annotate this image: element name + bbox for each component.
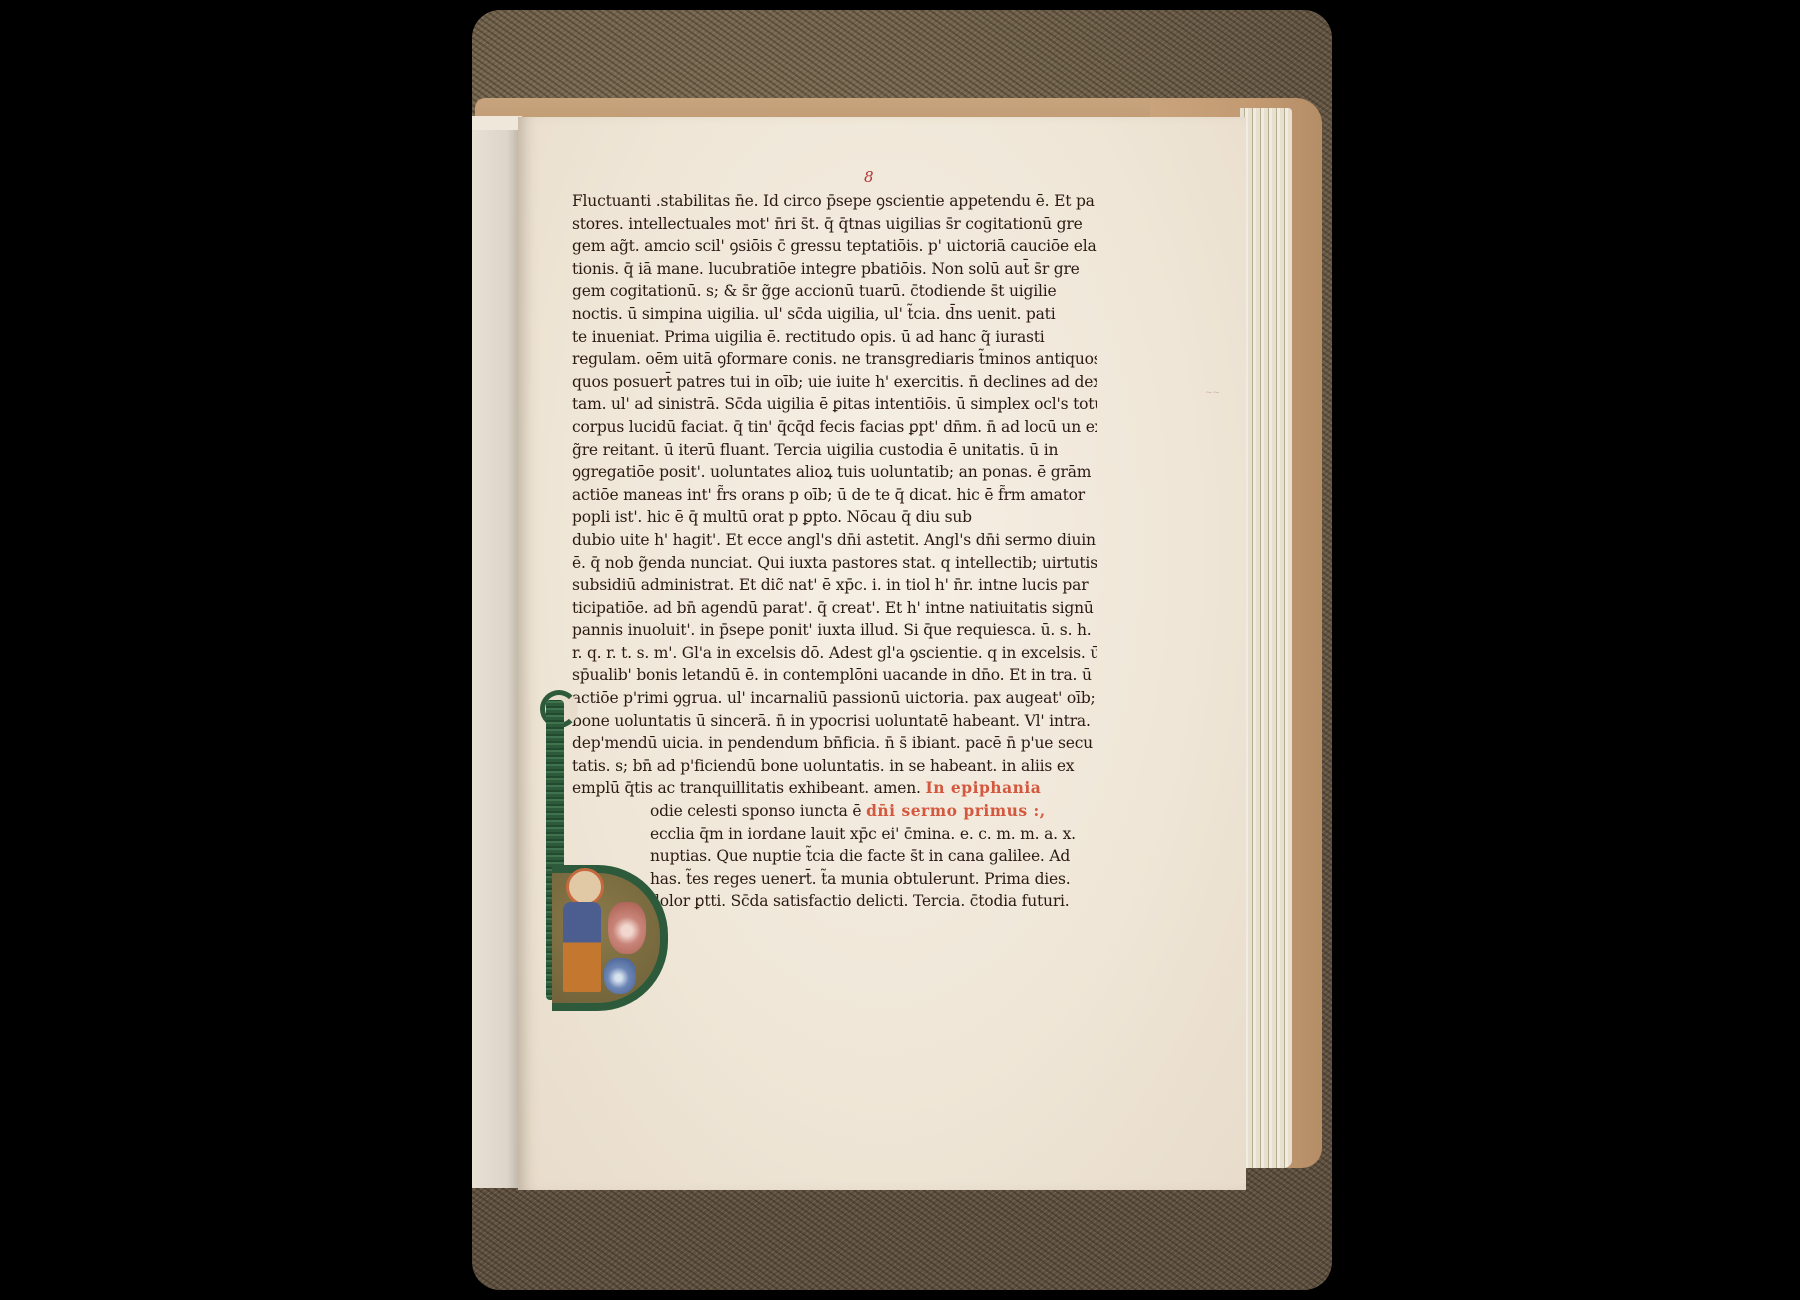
text-line: noctis. ū simpina uigilia. ul' sc̄da uig… — [572, 303, 1097, 326]
haloed-figure-body — [563, 902, 601, 992]
left-leaf — [472, 130, 522, 1188]
rubric-heading-line1: In epiphania — [925, 778, 1041, 797]
text-line: g̃re reitant. ū iterū fluant. Tercia uig… — [572, 439, 1097, 462]
folio-number: 8 — [864, 168, 874, 186]
text-line: emplū q̄tis ac tranquillitatis exhibeant… — [572, 779, 921, 797]
text-line: dubio uite h' hagit'. Et ecce angl's dn̄… — [572, 529, 1097, 552]
rubric-heading-line2: dn̄i sermo primus :, — [866, 801, 1046, 820]
text-line: nuptias. Que nuptie t̃cia die facte s̄t … — [572, 845, 1097, 868]
text-line: tatis. s; bn̄ ad p'ficiendū bone uolunta… — [572, 755, 1097, 778]
text-line: actiōe p'rimi ꝯgrua. ul' incarnaliū pass… — [572, 687, 1097, 710]
text-line: gem ag̃t. amcio scil' ꝯsiōis c̄ gressu t… — [572, 235, 1097, 258]
text-line: tionis. q̄ iā mane. lucubratiōe integre … — [572, 258, 1097, 281]
text-line: has. t̃es reges uenert̄. t̃a munia obtul… — [572, 868, 1097, 891]
text-line: bone uoluntatis ū sincerā. n̄ in ypocris… — [572, 710, 1097, 733]
text-block: Fluctuanti .stabilitas n̄e. Id circo p̄s… — [572, 190, 1097, 913]
text-line: Fluctuanti .stabilitas n̄e. Id circo p̄s… — [572, 190, 1097, 213]
margin-note: ~~ — [1205, 388, 1220, 398]
text-line: ꝯgregatiōe posit'. uoluntates alioꝝ tuis… — [572, 461, 1097, 484]
text-line: stores. intellectuales mot' n̄ri s̄t. q̄… — [572, 213, 1097, 236]
text-line: ē. q̄ nob g̃enda nunciat. Qui iuxta past… — [572, 552, 1097, 575]
text-line: tam. ul' ad sinistrā. Sc̄da uigilia ē ꝑi… — [572, 393, 1097, 416]
text-line: r. q. r. t. s. m'. Gl'a in excelsis dō. … — [572, 642, 1097, 665]
text-line: te inueniat. Prima uigilia ē. rectitudo … — [572, 326, 1097, 349]
text-line: ecclia q̄m in iordane lauit xp̄c ei' c̄m… — [572, 823, 1097, 846]
text-line: dep'mendū uicia. in pendendum bn̄ficia. … — [572, 732, 1097, 755]
red-water-jar — [608, 902, 646, 954]
text-line: pannis inuoluit'. in p̄sepe ponit' iuxta… — [572, 619, 1097, 642]
text-line-with-rubric: emplū q̄tis ac tranquillitatis exhibeant… — [572, 777, 1097, 800]
text-line: odie celesti sponso iuncta ē — [650, 802, 861, 820]
haloed-figure-head — [566, 868, 604, 906]
text-line: gem cogitationū. s; & s̄r g̃ge accionū t… — [572, 280, 1097, 303]
text-line: corpus lucidū faciat. q̄ tin' q̄cq̄d fec… — [572, 416, 1097, 439]
text-line: regulam. oēm uitā ꝯformare conis. ne tra… — [572, 348, 1097, 371]
text-line: popli ist'. hic ē q̄ multū orat p ꝑpto. … — [572, 506, 1097, 529]
page-edges-stack — [1240, 108, 1292, 1168]
text-line: subsidiū administrat. Et dic̃ nat' ē xp̄… — [572, 574, 1097, 597]
text-line-with-rubric: odie celesti sponso iuncta ē dn̄i sermo … — [572, 800, 1097, 823]
text-line: ticipatiōe. ad bn̄ agendū parat'. q̄ cre… — [572, 597, 1097, 620]
text-line: sp̄ualib' bonis letandū ē. in contemplōn… — [572, 664, 1097, 687]
text-line: quos posuert̄ patres tui in oīb; uie iui… — [572, 371, 1097, 394]
text-line: actiōe maneas int' f̃rs orans p oīb; ū d… — [572, 484, 1097, 507]
blue-water-jug — [604, 958, 636, 994]
